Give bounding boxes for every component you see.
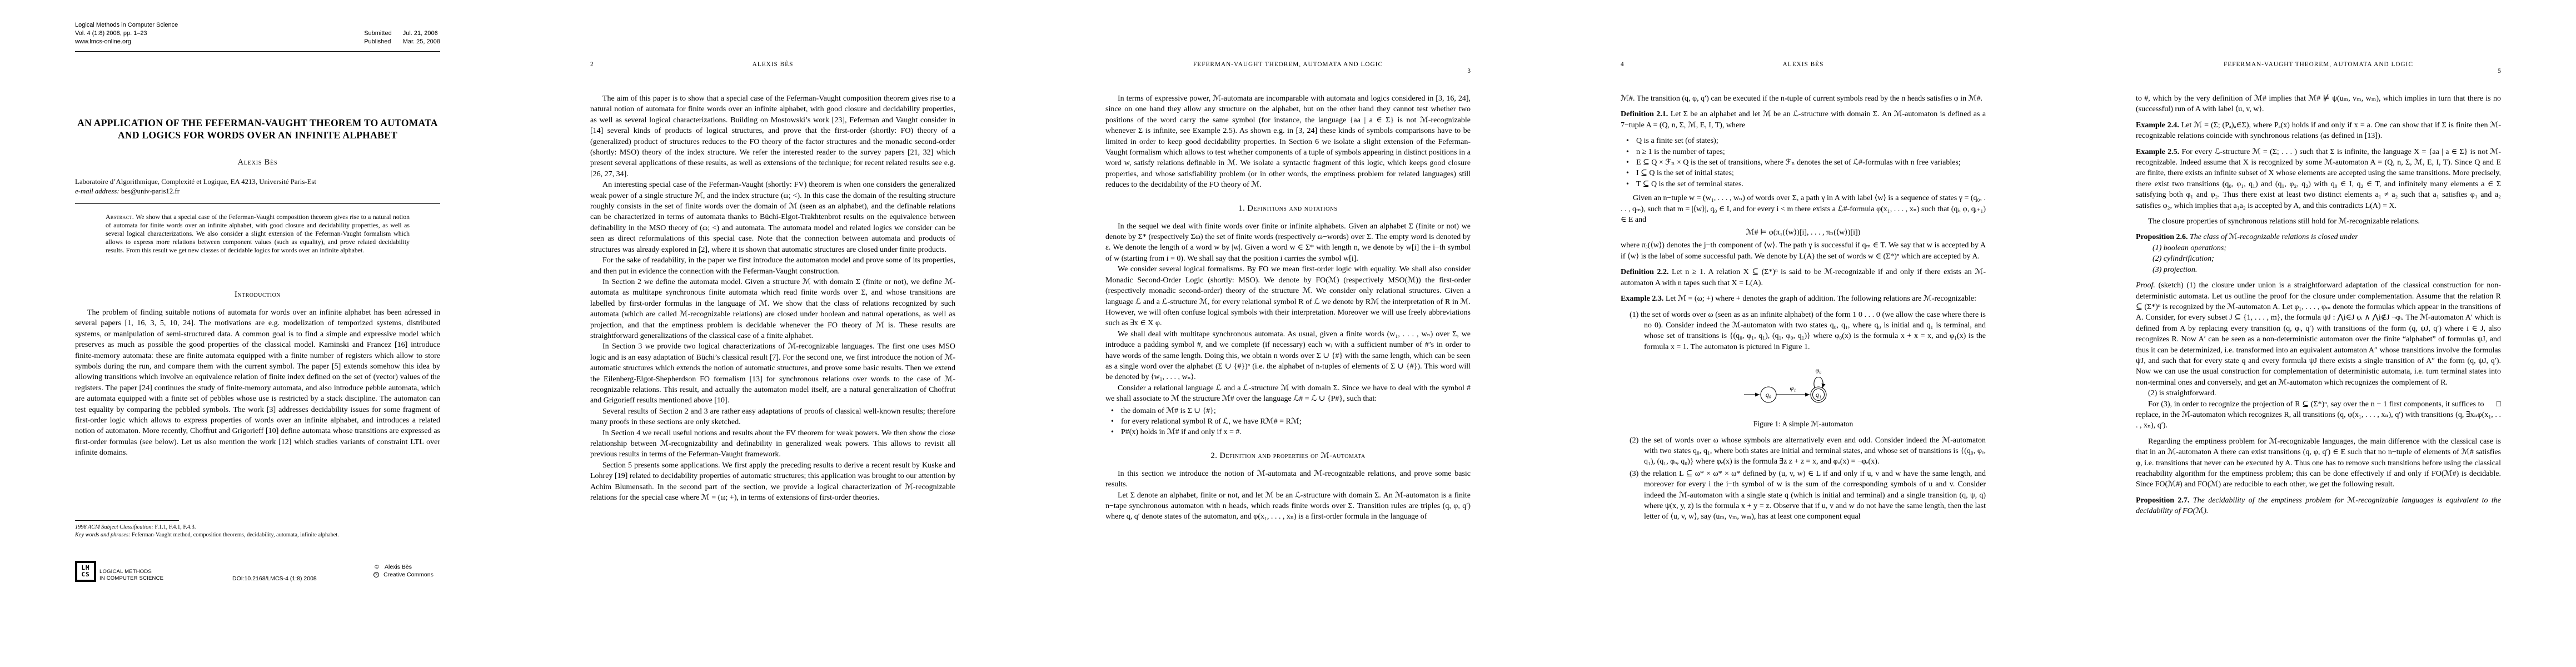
keywords-label: Key words and phrases: [75,532,130,538]
page-1: Logical Methods in Computer Science Vol.… [0,0,515,667]
proof-label: Proof. [2136,281,2155,290]
example-label: Example 2.4. [2136,121,2179,130]
footnote-block: 1998 ACM Subject Classification: F.1.1, … [75,520,440,539]
automaton-figure: q₀ φ₁ q₁ φ₀ [1734,360,1873,411]
proposition-items: (1) boolean operations; (2) cylindrifica… [2153,243,2501,275]
proposition-label: Proposition 2.6. [2136,233,2188,241]
affiliation: Laboratoire d’Algorithmique, Complexité … [75,177,440,187]
published-label: Published [364,38,392,46]
bullet-item: T ⊆ Q is the set of terminal states. [1621,179,1986,190]
abstract-text: We show that a special case of the Fefer… [106,213,410,254]
acm-codes: F.1.1, F.4.1, F.4.3. [155,524,196,530]
page-3: FEFERMAN-VAUGHT THEOREM, AUTOMATA AND LO… [1030,0,1546,667]
proof-step-3: □For (3), in order to recognize the proj… [2136,399,2501,431]
paragraph: In Section 4 we recall useful notions an… [590,428,955,460]
keywords-text: Feferman-Vaught method, composition theo… [132,532,339,538]
self-loop-label: φ₀ [1815,366,1821,374]
submitted-date: Jul. 21, 2006 [403,29,440,38]
logo-letters-bottom: CS [81,571,89,578]
paper-spread: Logical Methods in Computer Science Vol.… [0,0,2576,667]
introduction-paragraph: The problem of finding suitable notions … [75,307,440,459]
page-5: FEFERMAN-VAUGHT THEOREM, AUTOMATA AND LO… [2061,0,2576,667]
display-formula: ℳ# ⊨ φ(π₁(⟨w⟩)[i], . . . , πₙ(⟨w⟩)[i]) [1621,225,1986,240]
state-q1-label: q₁ [1815,391,1821,399]
paragraph: ℳ#. The transition (q, φ, q′) can be exe… [1621,93,1986,104]
abstract: Abstract. We show that a special case of… [106,213,410,255]
numbered-item-1: (1) the set of words over ω (seen as as … [1621,310,1986,353]
qed-symbol: □ [2484,399,2501,410]
page-number: 2 [590,61,594,68]
paragraph: In Section 3 we provide two logical char… [590,341,955,406]
email-label: e-mail address: [75,187,119,195]
doi: DOI:10.2168/LMCS-4 (1:8) 2008 [232,575,317,582]
running-header: FEFERMAN-VAUGHT THEOREM, AUTOMATA AND LO… [1105,61,1471,68]
email-line: e-mail address: bes@univ-paris12.fr [75,187,440,196]
proof-text: (sketch) (1) the closure under union is … [2136,281,2501,387]
example-label: Example 2.5. [2136,148,2179,156]
proof-step-3-text: For (3), in order to recognize the proje… [2136,400,2501,430]
running-title: FEFERMAN-VAUGHT THEOREM, AUTOMATA AND LO… [1105,61,1471,68]
lmcs-logo-text: LOGICAL METHODS IN COMPUTER SCIENCE [99,569,163,582]
transition-label: φ₁ [1790,384,1796,392]
paragraph: Regarding the emptiness problem for ℳ-re… [2136,436,2501,490]
running-header: FEFERMAN-VAUGHT THEOREM, AUTOMATA AND LO… [2136,61,2501,68]
example-2-3: Example 2.3. Let ℳ = (ω; +) where + deno… [1621,293,1986,304]
bullet-item: n ≥ 1 is the number of tapes; [1621,147,1986,157]
example-text: Let ℳ = (Σ; (Pₐ)ₐ∈Σ), where Pₐ(x) holds … [2136,121,2501,140]
page-4: 4 ALEXIS BÈS ℳ#. The transition (q, φ, q… [1546,0,2061,667]
proposition-text: The decidability of the emptiness proble… [2136,496,2501,515]
running-title: ALEXIS BÈS [590,61,955,68]
proof-block: Proof. (sketch) (1) the closure under un… [2136,280,2501,431]
example-text: For every ℒ-structure ℳ = (Σ; . . . ) su… [2136,148,2501,210]
page-2-body: The aim of this paper is to show that a … [590,93,955,503]
paragraph: where πⱼ(⟨w⟩) denotes the j−th component… [1621,240,1986,262]
paragraph: Consider a relational language ℒ and a ℒ… [1105,383,1471,405]
running-header: 2 ALEXIS BÈS [590,61,955,68]
proposition-item: (1) boolean operations; [2153,243,2501,253]
page-2: 2 ALEXIS BÈS The aim of this paper is to… [515,0,1030,667]
copyright-row: ©Alexis Bès [373,563,434,571]
paragraph: The aim of this paper is to show that a … [590,93,955,180]
page-3-body: In terms of expressive power, ℳ-automata… [1105,93,1471,522]
proposition-item: (3) projection. [2153,265,2501,275]
figure-caption: Figure 1: A simple ℳ-automaton [1621,419,1986,429]
cc-row: ccCreative Commons [373,571,434,579]
paragraph: to #, which by the very definition of ℳ#… [2136,93,2501,115]
state-q0-label: q₀ [1765,391,1771,399]
acm-label: 1998 ACM Subject Classification: [75,524,153,530]
paragraph: Section 5 presents some applications. We… [590,460,955,504]
journal-info: Logical Methods in Computer Science Vol.… [75,21,178,46]
example-label: Example 2.3. [1621,295,1663,303]
definition-text: Let Σ be an alphabet and let ℳ be an ℒ-s… [1621,110,1986,129]
page-number: 4 [1621,61,1624,68]
journal-volume: Vol. 4 (1:8) 2008, pp. 1–23 [75,29,178,38]
paragraph: In terms of expressive power, ℳ-automata… [1105,93,1471,191]
section-1-heading: 1. Definitions and notations [1105,204,1471,213]
header-rule [75,51,440,52]
submitted-label: Submitted [364,29,392,38]
example-2-4: Example 2.4. Let ℳ = (Σ; (Pₐ)ₐ∈Σ), where… [2136,120,2501,142]
page-1-footer: LM CS LOGICAL METHODS IN COMPUTER SCIENC… [75,559,440,592]
footnote-rule [75,520,179,521]
proposition-paragraph: Proposition 2.7. The decidability of the… [2136,495,2501,517]
email-address: bes@univ-paris12.fr [121,187,180,195]
paragraph: Given an n−tuple w = (w₁, . . . , wₙ) of… [1621,193,1986,225]
footnote-acm: 1998 ACM Subject Classification: F.1.1, … [75,524,440,531]
definition-label: Definition 2.2. [1621,268,1668,276]
page-5-body: to #, which by the very definition of ℳ#… [2136,93,2501,522]
paragraph: Let Σ denote an alphabet, finite or not,… [1105,490,1471,522]
running-title: FEFERMAN-VAUGHT THEOREM, AUTOMATA AND LO… [2136,61,2501,68]
author-name: Alexis Bès [75,158,440,167]
proposition-paragraph: Proposition 2.6. The class of ℳ-recogniz… [2136,232,2501,242]
journal-masthead: Logical Methods in Computer Science Vol.… [75,21,440,46]
proposition-label: Proposition 2.7. [2136,496,2189,505]
bullet-item: Q is a finite set (of states); [1621,136,1986,146]
example-paragraph: Example 2.4. Let ℳ = (Σ; (Pₐ)ₐ∈Σ), where… [2136,120,2501,142]
paragraph: In the sequel we deal with finite words … [1105,221,1471,265]
definition-paragraph: Definition 2.2. Let n ≥ 1. A relation X … [1621,267,1986,288]
paragraph: We shall deal with multitape synchronous… [1105,329,1471,383]
journal-name: Logical Methods in Computer Science [75,21,178,29]
page-number: 5 [2498,68,2501,74]
published-date: Mar. 25, 2008 [403,38,440,46]
abstract-label: Abstract. [106,213,134,221]
lmcs-logo-icon: LM CS [75,561,96,582]
proposition-item: (2) cylindrification; [2153,253,2501,264]
creative-commons-icon: cc [373,572,379,578]
section-2-heading: 2. Definition and properties of ℳ-automa… [1105,451,1471,461]
example-paragraph: Example 2.3. Let ℳ = (ω; +) where + deno… [1621,293,1986,304]
definition-text: Let n ≥ 1. A relation X ⊆ (Σ*)ⁿ is said … [1621,268,1986,287]
paragraph: An interesting special case of the Fefer… [590,180,955,255]
example-paragraph: Example 2.5. For every ℒ-structure ℳ = (… [2136,147,2501,211]
definition-2-1: Definition 2.1. Let Σ be an alphabet and… [1621,109,1986,131]
bullet-item: E ⊆ Q × ℱₙ × Q is the set of transitions… [1621,157,1986,168]
paragraph: For the sake of readability, in the pape… [590,255,955,277]
paragraph: In Section 2 we define the automata mode… [590,277,955,341]
bullet-item: P#(x) holds in ℳ# if and only if x = #. [1105,427,1471,437]
footnote-keywords: Key words and phrases: Feferman-Vaught m… [75,531,440,539]
lmcs-logo: LM CS LOGICAL METHODS IN COMPUTER SCIENC… [75,561,163,582]
paragraph: We consider several logical formalisms. … [1105,264,1471,328]
introduction-heading: Introduction [75,290,440,300]
submission-dates: Submitted Jul. 21, 2006 Published Mar. 2… [364,29,440,46]
paragraph: Several results of Section 2 and 3 are r… [590,406,955,428]
numbered-item-2: (2) the set of words over ω whose symbol… [1621,435,1986,467]
cc-label: Creative Commons [383,571,434,579]
definition-bullet-list: Q is a finite set (of states); n ≥ 1 is … [1621,136,1986,190]
paper-title: AN APPLICATION OF THE FEFERMAN-VAUGHT TH… [75,117,440,141]
paragraph: In this section we introduce the notion … [1105,469,1471,490]
page-4-body: ℳ#. The transition (q, φ, q′) can be exe… [1621,93,1986,522]
numbered-item-3: (3) the relation L ⊆ ω* × ω* × ω* define… [1621,469,1986,522]
proposition-2-6: Proposition 2.6. The class of ℳ-recogniz… [2136,232,2501,275]
copyright-icon: © [373,563,380,571]
page-1-content: Logical Methods in Computer Science Vol.… [75,0,440,459]
page-number: 3 [1467,68,1471,74]
self-loop-arrow [1813,377,1822,389]
structure-bullet-list: the domain of ℳ# is Σ ∪ {#}; for every r… [1105,406,1471,438]
running-title: ALEXIS BÈS [1621,61,1986,68]
figure-1: q₀ φ₁ q₁ φ₀ Figure 1: A simple ℳ-automat… [1621,360,1986,429]
logo-line-2: IN COMPUTER SCIENCE [99,575,163,582]
paragraph: The closure properties of synchronous re… [2136,216,2501,227]
example-2-5: Example 2.5. For every ℒ-structure ℳ = (… [2136,147,2501,211]
proof-paragraph: Proof. (sketch) (1) the closure under un… [2136,280,2501,388]
definition-2-2: Definition 2.2. Let n ≥ 1. A relation X … [1621,267,1986,288]
copyright-name: Alexis Bès [385,563,412,571]
definition-label: Definition 2.1. [1621,110,1668,118]
logo-line-1: LOGICAL METHODS [99,569,163,575]
running-header: 4 ALEXIS BÈS [1621,61,1986,68]
definition-paragraph: Definition 2.1. Let Σ be an alphabet and… [1621,109,1986,131]
proposition-2-7: Proposition 2.7. The decidability of the… [2136,495,2501,517]
bullet-item: the domain of ℳ# is Σ ∪ {#}; [1105,406,1471,416]
journal-website: www.lmcs-online.org [75,38,178,46]
title-rule [75,203,440,204]
license-block: ©Alexis Bès ccCreative Commons [373,563,434,579]
proposition-text: The class of ℳ-recognizable relations is… [2190,233,2358,241]
bullet-item: I ⊆ Q is the set of initial states; [1621,168,1986,178]
bullet-item: for every relational symbol R of ℒ, we h… [1105,416,1471,427]
example-text: Let ℳ = (ω; +) where + denotes the graph… [1666,295,1976,303]
proof-step-2: (2) is straightforward. [2136,388,2501,399]
